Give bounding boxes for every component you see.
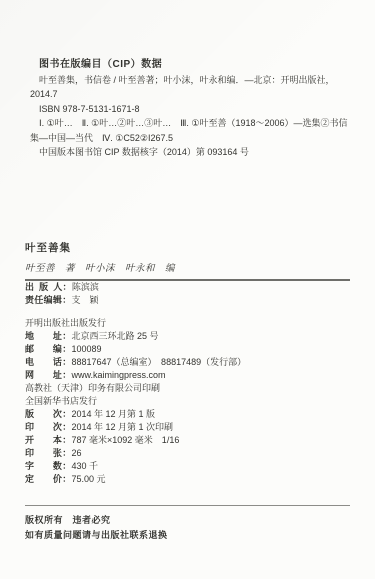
row-label: 版 次：: [25, 409, 72, 419]
colophon-row-website: 网 址：www.kaimingpress.com: [25, 369, 357, 382]
row-label: 网 址：: [25, 370, 72, 380]
book-title: 叶至善集: [25, 240, 350, 255]
colophon-row-postcode: 邮 编：100089: [25, 343, 357, 356]
colophon-row-distributor: 全国新华书店发行: [25, 395, 357, 408]
row-label: 印 张：: [25, 448, 72, 458]
row-plain-text: 高教社（天津）印务有限公司印刷: [25, 383, 160, 393]
row-label: 邮 编：: [25, 344, 72, 354]
colophon-row-publisher-person: 出 版 人：陈滨滨: [25, 281, 357, 294]
colophon-row-address: 地 址：北京西三环北路 25 号: [25, 330, 357, 343]
colophon-row-price: 定 价：75.00 元: [25, 473, 357, 486]
row-value: 北京西三环北路 25 号: [72, 331, 159, 341]
colophon: 出 版 人：陈滨滨 责任编辑：支 颖 开明出版社出版发行 地 址：北京西三环北路…: [25, 281, 357, 486]
cip-classification: Ⅰ. ①叶… Ⅱ. ①叶…②叶…③叶… Ⅲ. ①叶至善（1918～2006）—选…: [30, 116, 355, 145]
row-value: 26: [72, 448, 82, 458]
row-label: 定 价：: [25, 474, 72, 484]
colophon-row-sheets: 印 张：26: [25, 447, 357, 460]
row-value: www.kaimingpress.com: [72, 370, 166, 380]
row-value: 2014 年 12 月第 1 版: [72, 409, 156, 419]
row-label: 印 次：: [25, 422, 72, 432]
cip-block: 图书在版编目（CIP）数据 叶至善集，书信卷 / 叶至善著；叶小沫，叶永和编．—…: [30, 58, 355, 160]
colophon-row-format: 开 本：787 毫米×1092 毫米 1/16: [25, 434, 357, 447]
row-value: 2014 年 12 月第 1 次印刷: [72, 422, 174, 432]
book-byline: 叶至善 著 叶小沫 叶永和 编: [25, 260, 350, 274]
row-label: 出 版 人：: [25, 282, 72, 292]
colophon-row-phone: 电 话：88817647（总编室） 88817489（发行部）: [25, 356, 357, 369]
colophon-row-edition: 版 次：2014 年 12 月第 1 版: [25, 408, 357, 421]
row-value: 陈滨滨: [72, 282, 99, 292]
row-value: 88817647（总编室） 88817489（发行部）: [72, 357, 247, 367]
row-value: 787 毫米×1092 毫米 1/16: [72, 435, 180, 445]
copyright-page: 图书在版编目（CIP）数据 叶至善集，书信卷 / 叶至善著；叶小沫，叶永和编．—…: [0, 0, 375, 579]
row-value: 430 千: [72, 461, 99, 471]
cip-record: 中国版本图书馆 CIP 数据核字（2014）第 093164 号: [30, 145, 355, 160]
colophon-row-wordcount: 字 数：430 千: [25, 460, 357, 473]
colophon-row-printing: 印 次：2014 年 12 月第 1 次印刷: [25, 421, 357, 434]
row-value: 支 颖: [72, 295, 99, 305]
row-label: 字 数：: [25, 461, 72, 471]
cip-description: 叶至善集，书信卷 / 叶至善著；叶小沫，叶永和编．—北京：开明出版社，2014.…: [30, 73, 355, 102]
colophon-row-editor: 责任编辑：支 颖: [25, 294, 357, 307]
colophon-row-publisher: 开明出版社出版发行: [25, 317, 357, 330]
row-plain-text: 全国新华书店发行: [25, 396, 97, 406]
row-plain-text: 开明出版社出版发行: [25, 318, 106, 328]
row-label: 责任编辑：: [25, 295, 72, 305]
title-block: 叶至善集 叶至善 著 叶小沫 叶永和 编: [25, 240, 350, 281]
row-value: 100089: [72, 344, 102, 354]
colophon-row-printer: 高教社（天津）印务有限公司印刷: [25, 382, 357, 395]
row-label: 电 话：: [25, 357, 72, 367]
row-label: 地 址：: [25, 331, 72, 341]
quality-notice: 如有质量问题请与出版社联系退换: [25, 528, 350, 543]
row-value: 75.00 元: [72, 474, 106, 484]
row-label: 开 本：: [25, 435, 72, 445]
cip-heading: 图书在版编目（CIP）数据: [30, 58, 355, 73]
footer-notices: 版权所有 违者必究 如有质量问题请与出版社联系退换: [25, 505, 350, 542]
rights-notice: 版权所有 违者必究: [25, 513, 350, 528]
cip-isbn: ISBN 978-7-5131-1671-8: [30, 102, 355, 117]
